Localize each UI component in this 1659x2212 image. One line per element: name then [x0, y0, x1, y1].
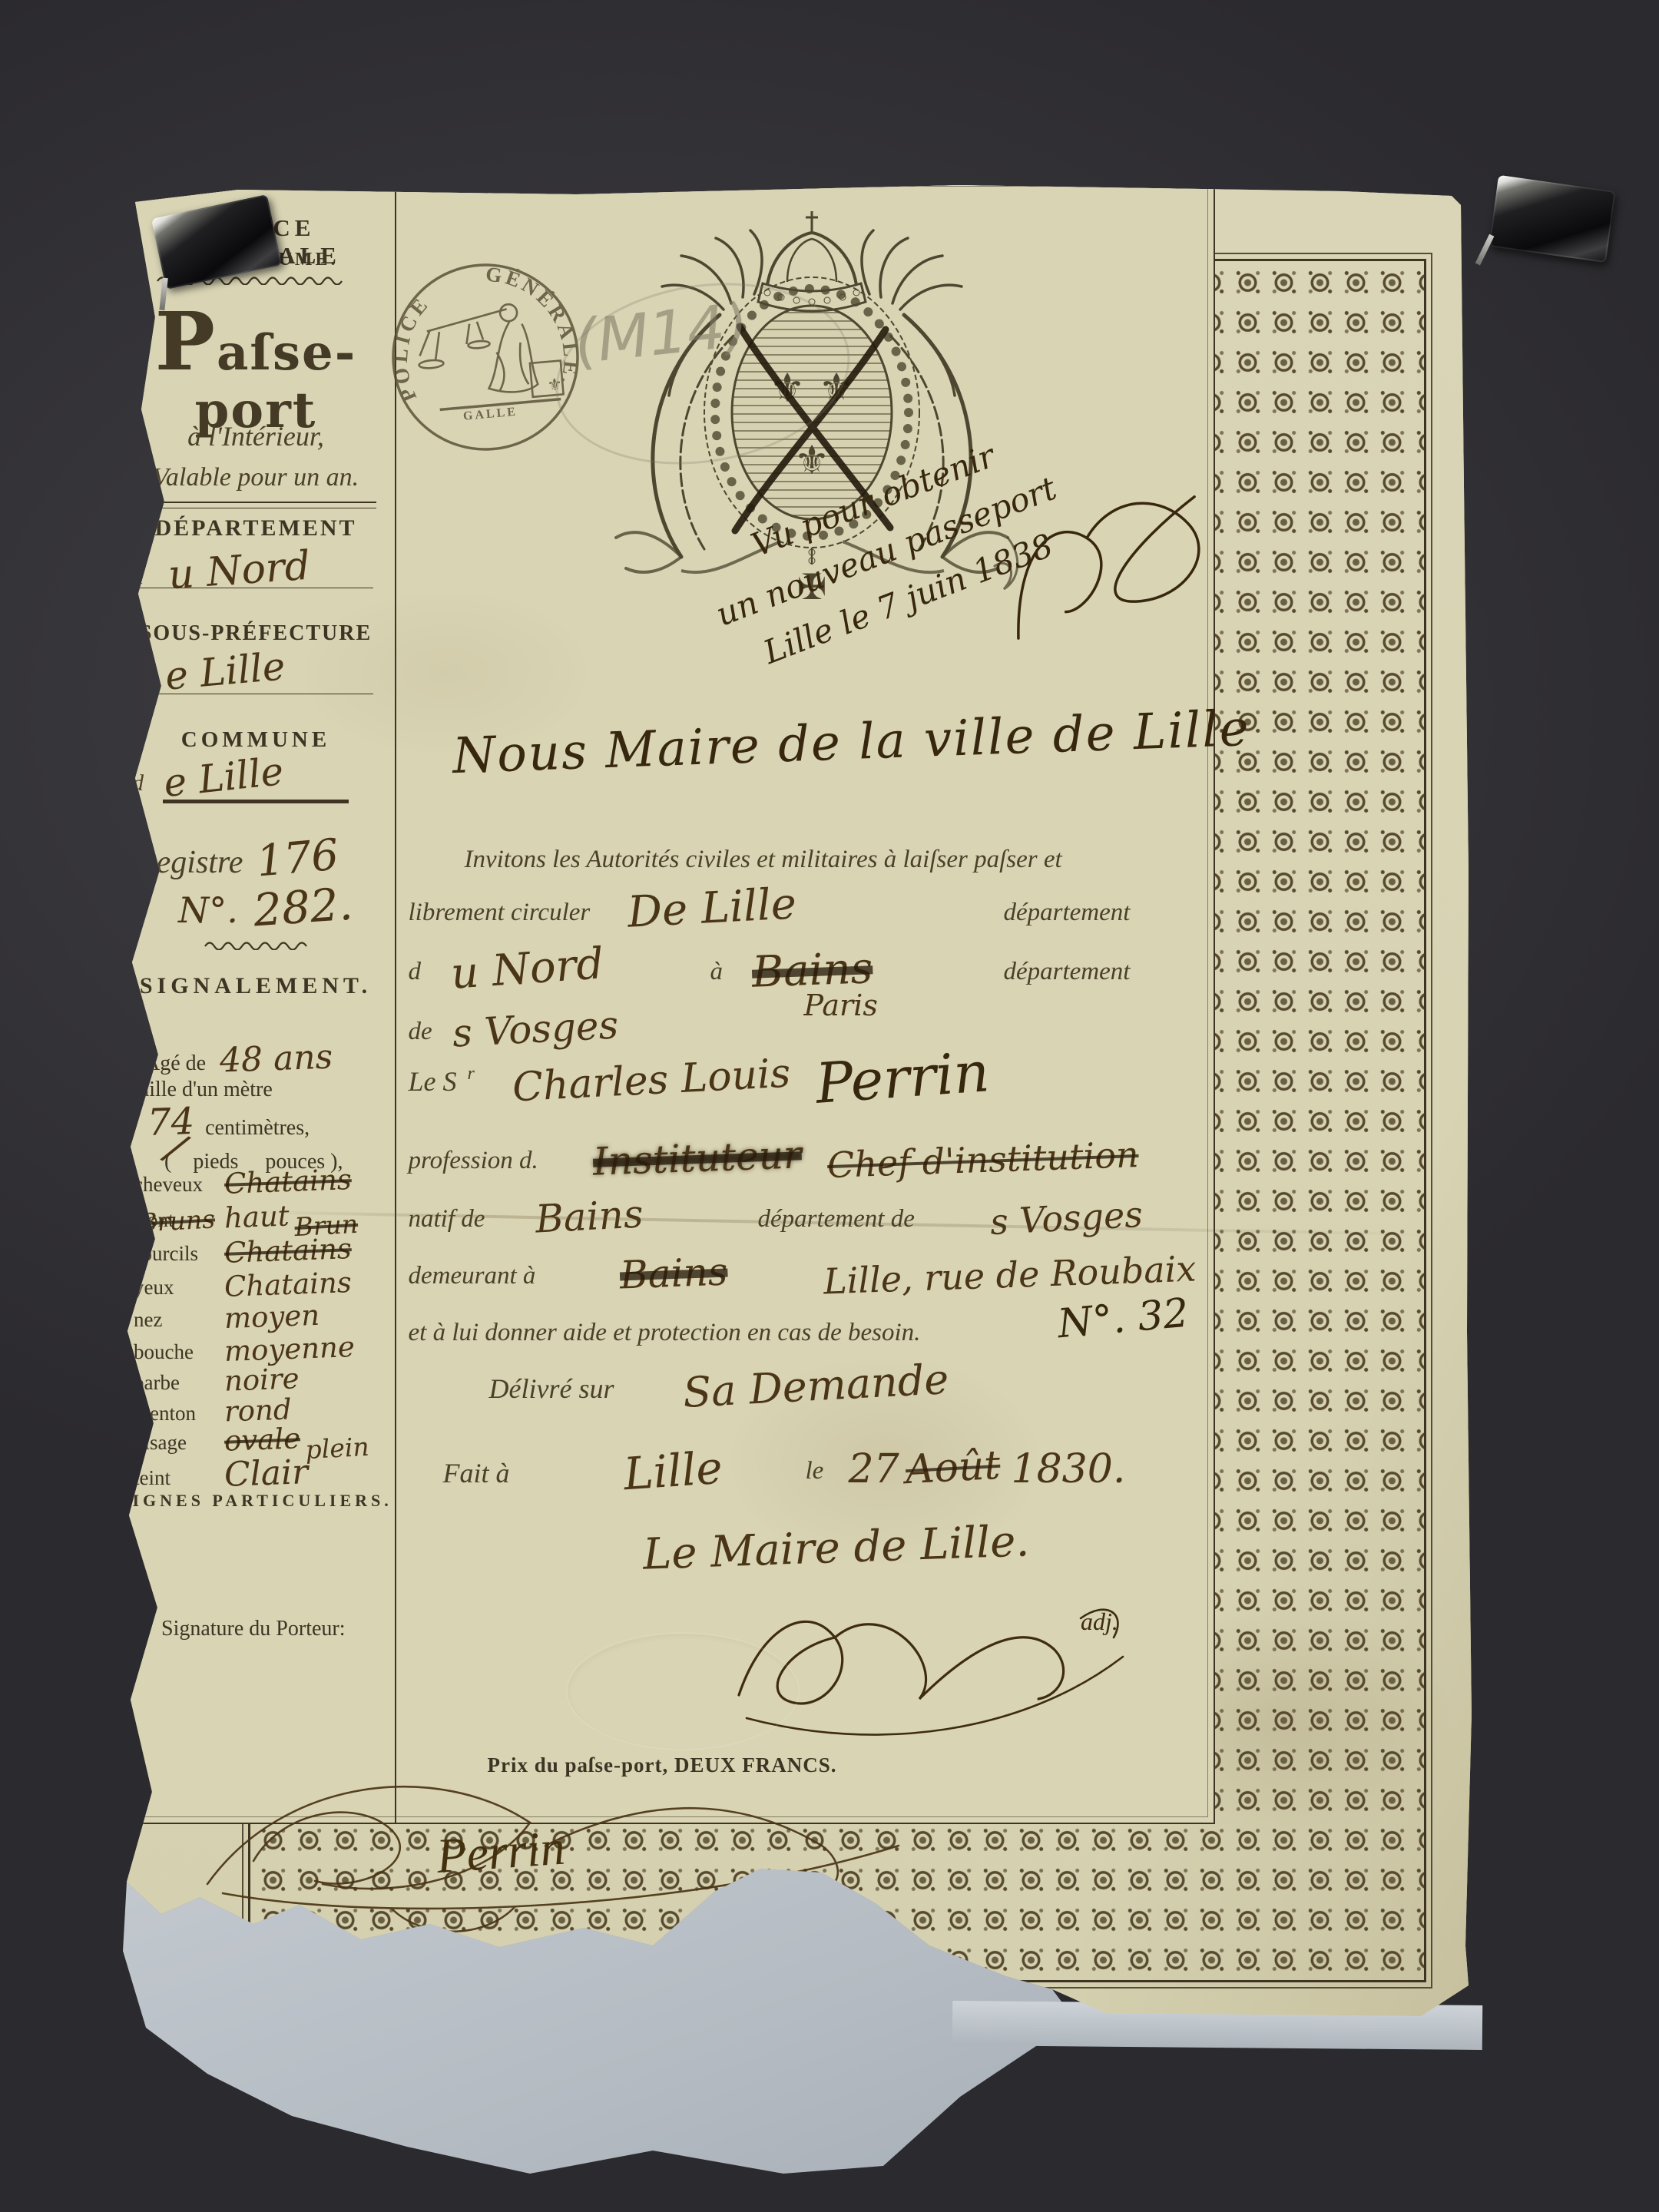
- row-value: haut: [224, 1200, 290, 1235]
- row-label: nez: [134, 1308, 224, 1332]
- porteur-label: Signature du Porteur:: [161, 1617, 346, 1641]
- divider: [138, 694, 373, 694]
- field-prefix: d: [132, 664, 144, 690]
- row-value: Chatains: [224, 1232, 352, 1270]
- signes-particuliers: SIGNES PARTICULIERS.: [117, 1491, 395, 1511]
- binder-clip-right: [1488, 175, 1616, 263]
- print-seg: et à lui donner aide et protection en ca…: [409, 1319, 921, 1347]
- signalement-row-nez: nezmoyen: [134, 1300, 392, 1334]
- sous-prefecture-value: e Lille: [164, 644, 287, 698]
- print-seg: Le S: [409, 1065, 457, 1098]
- taille-label: taille d'un mètre: [134, 1078, 273, 1102]
- svg-text:POLICE: POLICE: [382, 290, 442, 406]
- body-line: Le Sr Charles Louis Perrin: [397, 1065, 1214, 1122]
- body-line: Délivré sur Sa Demande: [397, 1373, 1214, 1429]
- print-seg: d: [409, 958, 422, 986]
- hand-seg-day: 27: [849, 1446, 899, 1492]
- row-label: teint: [134, 1466, 224, 1490]
- body-line: d u Nord à Bains Paris département: [397, 958, 1214, 1015]
- age-line: Agé de 48 ans: [144, 1039, 333, 1078]
- justice-figure: [414, 300, 564, 412]
- age-value: 48 ans: [219, 1037, 333, 1080]
- row-label: sourcils: [134, 1242, 224, 1266]
- signalement-row-teint: teintClair: [134, 1454, 392, 1488]
- hand-seg: s Vosges: [451, 1002, 619, 1055]
- row-label: menton: [134, 1402, 224, 1426]
- hand-seg-struck: Bains: [619, 1250, 728, 1298]
- row-value: ovale: [224, 1422, 300, 1457]
- commune-label: COMMUNE: [117, 727, 395, 753]
- print-seg: de: [409, 1018, 432, 1046]
- signalement-row-front: fronthautBrun: [134, 1200, 392, 1234]
- field-prefix: d: [132, 564, 144, 589]
- masthead-subtitle: à l'Intérieur,: [117, 420, 395, 452]
- row-value: moyen: [224, 1299, 320, 1335]
- masthead-validity: Valable pour un an.: [117, 463, 395, 492]
- print-seg: le: [806, 1457, 824, 1485]
- numero-value: 282.: [252, 878, 355, 937]
- row-value: Chatains: [224, 1163, 352, 1200]
- left-column: POLICE GÉNÉRALE DU ROYAUME. Paſse-port à…: [117, 180, 396, 1823]
- hand-seg-struck: Chef d'institution: [826, 1134, 1139, 1186]
- field-prefix: d: [132, 770, 144, 796]
- print-seg: natif de: [409, 1205, 485, 1233]
- departement-value: u Nord: [167, 543, 312, 599]
- hand-seg: De Lille: [626, 879, 797, 937]
- age-label: Agé de: [144, 1051, 206, 1076]
- row-value: Clair: [224, 1452, 309, 1495]
- commune-field: d e Lille: [132, 755, 389, 801]
- body-line: Fait à Lille le 27 Août 1830.: [397, 1457, 1214, 1514]
- numero-line: N°. 282.: [178, 881, 353, 933]
- numero-label: N°.: [178, 889, 238, 931]
- print-seg: département: [1004, 899, 1131, 927]
- departement-field: d u Nord: [132, 548, 389, 594]
- photo-scene: POLICE GÉNÉRALE DU ROYAUME. Paſse-port à…: [0, 0, 1659, 2212]
- print-seg: librement circuler: [409, 899, 591, 927]
- divider: [135, 502, 376, 508]
- print-seg: Fait à: [443, 1457, 510, 1489]
- stamp-text-left: POLICE: [382, 290, 442, 406]
- print-sup: r: [468, 1064, 475, 1084]
- sous-prefecture-label: SOUS-PRÉFECTURE: [117, 621, 395, 646]
- hand-seg: u Nord: [449, 939, 604, 999]
- row-label: yeux: [134, 1276, 224, 1300]
- le-maire-line: Le Maire de Lille.: [642, 1516, 1030, 1580]
- sous-prefecture-field: d e Lille: [132, 649, 389, 695]
- print-seg: département de: [758, 1205, 915, 1233]
- row-label: cheveux: [134, 1173, 224, 1197]
- hand-seg-place: Lille: [621, 1442, 724, 1501]
- registre-label: Registre: [137, 845, 243, 880]
- hand-seg-month: Août: [904, 1442, 1001, 1493]
- body-line: profession d. Instituteur Chef d'institu…: [397, 1147, 1214, 1204]
- hand-seg-surname: Perrin: [813, 1039, 991, 1116]
- print-seg: profession d.: [409, 1147, 538, 1175]
- row-label: visage: [134, 1431, 224, 1455]
- print-seg: Délivré sur: [489, 1373, 614, 1405]
- print-seg: demeurant à: [409, 1262, 536, 1290]
- hand-seg-blotted: Instituteur: [592, 1132, 803, 1184]
- note-signature-flourish: [962, 449, 1247, 680]
- hand-seg-year: 1830.: [1012, 1446, 1126, 1492]
- print-seg: département: [1004, 958, 1131, 986]
- signalement-row-yeux: yeuxChatains: [134, 1268, 392, 1302]
- commune-value: e Lille: [161, 749, 285, 806]
- departement-label: DÉPARTEMENT: [117, 515, 395, 541]
- signalement-row-visage: visageovaleplein: [134, 1423, 392, 1457]
- signalement-row-cheveux: cheveuxChatainsBruns: [134, 1165, 392, 1199]
- row-label: barbe: [134, 1371, 224, 1395]
- signalement-row-sourcils: sourcilsChatains: [134, 1234, 392, 1268]
- print-seg: à: [710, 958, 724, 986]
- row-label: bouche: [134, 1340, 224, 1364]
- signalement-title: SIGNALEMENT.: [117, 973, 395, 999]
- passport-document: POLICE GÉNÉRALE DU ROYAUME. Paſse-port à…: [115, 179, 1472, 2016]
- invitons-line: Invitons les Autorités civiles et milita…: [465, 846, 1062, 874]
- row-label: front: [134, 1208, 224, 1232]
- row-value: Chatains: [224, 1266, 352, 1303]
- divider: [138, 588, 373, 588]
- registre-value: 176: [255, 829, 341, 886]
- registre-line: Registre 176: [137, 833, 339, 883]
- signature-suffix: adj.: [1081, 1608, 1118, 1635]
- hand-seg: s Vosges: [988, 1194, 1143, 1243]
- bearer-signature-name: Perrin: [434, 1820, 567, 1883]
- signalement-row-barbe: barbenoire: [134, 1363, 392, 1397]
- squiggle-divider: [201, 941, 316, 950]
- divider-thick: [163, 800, 349, 803]
- signalement-row-bouche: bouchemoyenne: [134, 1333, 392, 1366]
